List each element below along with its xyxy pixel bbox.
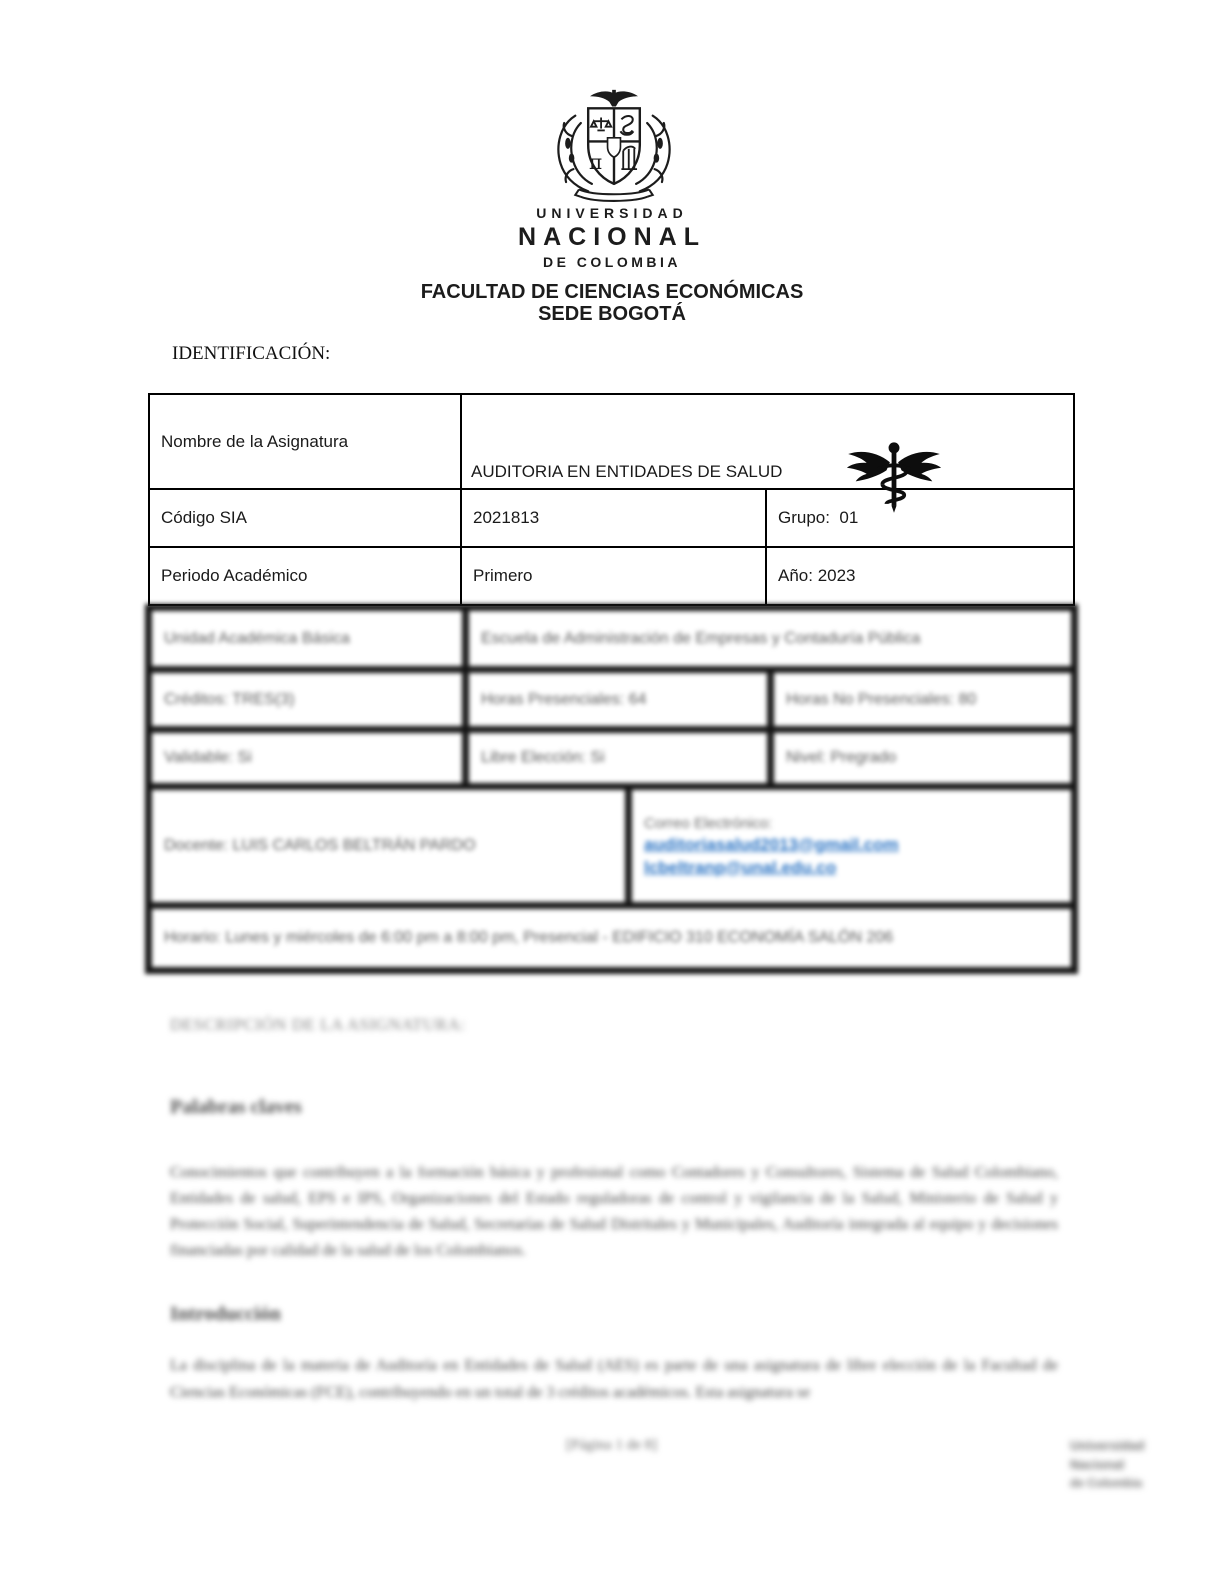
table-row-validable: Validable: Si Libre Elección: Si Nivel: … <box>152 726 1071 783</box>
validable-cell: Validable: Si <box>152 733 462 783</box>
nivel-cell: Nivel: Pregrado <box>767 733 1071 783</box>
horas-no-presenciales-cell: Horas No Presenciales: 80 <box>767 673 1071 726</box>
wordmark-line-2: NACIONAL <box>0 225 1224 250</box>
corner-logo-line-1: Universidad <box>1070 1437 1190 1456</box>
creditos-cell: Créditos: TRES(3) <box>152 673 462 726</box>
svg-text:π: π <box>589 150 602 174</box>
codigo-label-cell: Código SIA <box>150 490 460 546</box>
docente-cell: Docente: LUIS CARLOS BELTRÁN PARDO <box>152 790 625 902</box>
periodo-value-cell: Primero <box>460 548 765 604</box>
nombre-value-cell: AUDITORIA EN ENTIDADES DE SALUD <box>460 395 1073 488</box>
unidad-value-cell: Escuela de Administración de Empresas y … <box>462 611 1071 666</box>
corner-logo-line-2: Nacional <box>1070 1456 1190 1475</box>
periodo-label-cell: Periodo Académico <box>150 548 460 604</box>
validable-value: Validable: Si <box>164 749 252 767</box>
horario-cell: Horario: Lunes y miércoles de 6:00 pm a … <box>152 909 1071 967</box>
periodo-label: Periodo Académico <box>161 566 307 586</box>
grupo-value: Grupo: 01 <box>778 508 858 528</box>
identification-table: Nombre de la Asignatura AUDITORIA EN ENT… <box>148 393 1075 606</box>
nombre-value: AUDITORIA EN ENTIDADES DE SALUD <box>471 462 782 482</box>
unidad-value: Escuela de Administración de Empresas y … <box>481 630 920 648</box>
syllabus-page: π UNIVERSIDAD NACIONAL DE COLOMBIA FACUL… <box>0 0 1224 1584</box>
university-crest-icon: π <box>540 88 688 206</box>
table-row-creditos: Créditos: TRES(3) Horas Presenciales: 64… <box>152 666 1071 726</box>
creditos-value: Créditos: TRES(3) <box>164 691 294 709</box>
identification-label: IDENTIFICACIÓN: <box>172 343 330 365</box>
table-row-nombre: Nombre de la Asignatura AUDITORIA EN ENT… <box>150 395 1073 488</box>
nombre-label-cell: Nombre de la Asignatura <box>150 395 460 488</box>
wordmark-line-1: UNIVERSIDAD <box>0 206 1224 220</box>
ano-value: Año: 2023 <box>778 566 856 586</box>
nivel-value: Nivel: Pregrado <box>786 749 896 767</box>
faculty-line-1: FACULTAD DE CIENCIAS ECONÓMICAS <box>0 281 1224 303</box>
university-wordmark: UNIVERSIDAD NACIONAL DE COLOMBIA <box>0 206 1224 269</box>
nombre-label: Nombre de la Asignatura <box>161 432 348 452</box>
codigo-label: Código SIA <box>161 508 247 528</box>
unidad-label: Unidad Académica Básica <box>164 630 350 648</box>
wordmark-line-3: DE COLOMBIA <box>0 255 1224 269</box>
table-row-horario: Horario: Lunes y miércoles de 6:00 pm a … <box>152 902 1071 967</box>
table-row-codigo: Código SIA 2021813 Grupo: 01 <box>150 488 1073 546</box>
ano-cell: Año: 2023 <box>765 548 1073 604</box>
docente-value: Docente: LUIS CARLOS BELTRÁN PARDO <box>164 837 476 855</box>
correo-cell: Correo Electrónico: auditoriasalud2013@g… <box>625 790 1071 902</box>
libre-eleccion-value: Libre Elección: Si <box>481 749 605 767</box>
introduccion-paragraph: La disciplina de la materia de Auditoría… <box>170 1352 1058 1406</box>
horas-no-presenciales-value: Horas No Presenciales: 80 <box>786 691 976 709</box>
email-link-1[interactable]: auditoriasalud2013@gmail.com <box>644 835 899 855</box>
codigo-value-cell: 2021813 <box>460 490 765 546</box>
corner-university-logo: Universidad Nacional de Colombia <box>1070 1437 1190 1492</box>
palabras-claves-paragraph: Conocimientos que contribuyen a la forma… <box>170 1160 1058 1264</box>
libre-eleccion-cell: Libre Elección: Si <box>462 733 767 783</box>
descripcion-heading: DESCRIPCIÓN DE LA ASIGNATURA: <box>170 1015 590 1035</box>
corner-logo-line-3: de Colombia <box>1070 1475 1190 1492</box>
unidad-label-cell: Unidad Académica Básica <box>152 611 462 666</box>
horas-presenciales-value: Horas Presenciales: 64 <box>481 691 646 709</box>
table-row-docente: Docente: LUIS CARLOS BELTRÁN PARDO Corre… <box>152 783 1071 902</box>
grupo-cell: Grupo: 01 <box>765 490 1073 546</box>
introduccion-heading: Introducción <box>170 1303 281 1326</box>
correo-label: Correo Electrónico: <box>644 815 772 832</box>
table-row-unidad: Unidad Académica Básica Escuela de Admin… <box>152 611 1071 666</box>
palabras-claves-heading: Palabras claves <box>170 1096 302 1119</box>
page-number-footer: [Página 1 de 8] <box>148 1437 1075 1454</box>
horas-presenciales-cell: Horas Presenciales: 64 <box>462 673 767 726</box>
codigo-value: 2021813 <box>473 508 539 528</box>
table-row-periodo: Periodo Académico Primero Año: 2023 <box>150 546 1073 604</box>
email-link-2[interactable]: lcbeltranp@unal.edu.co <box>644 858 836 878</box>
periodo-value: Primero <box>473 566 533 586</box>
horario-value: Horario: Lunes y miércoles de 6:00 pm a … <box>164 929 893 947</box>
caduceus-icon <box>834 399 954 481</box>
redacted-table-section: Unidad Académica Básica Escuela de Admin… <box>145 604 1078 974</box>
faculty-heading: FACULTAD DE CIENCIAS ECONÓMICAS SEDE BOG… <box>0 281 1224 325</box>
faculty-line-2: SEDE BOGOTÁ <box>0 303 1224 325</box>
